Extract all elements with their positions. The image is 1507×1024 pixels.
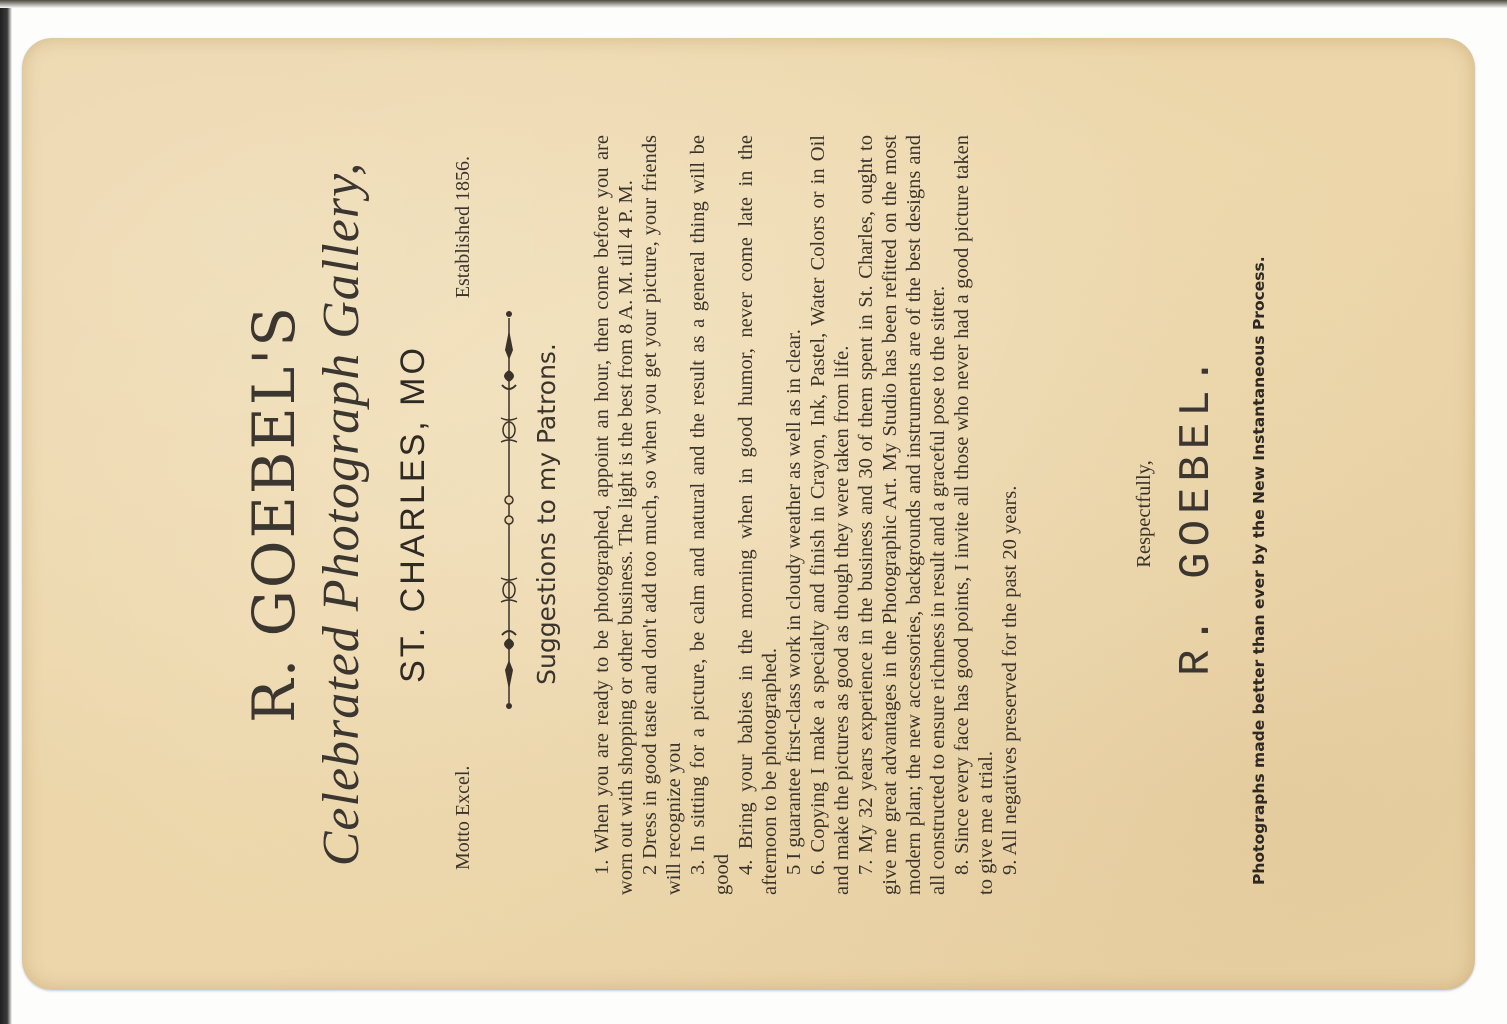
closing: Respectfully, <box>1133 38 1156 990</box>
cabinet-card-back: R. GOEBEL'S Celebrated Photograph Galler… <box>22 38 1475 990</box>
suggestion-item: 6. Copying I make a specialty and finish… <box>806 135 854 895</box>
suggestion-item: 7. My 32 years experience in the busines… <box>854 135 950 895</box>
suggestion-item: 3. In sitting for a picture, be calm and… <box>686 135 734 895</box>
footer-note: Photographs made better than ever by the… <box>1248 185 1270 885</box>
decorative-divider-icon <box>496 310 522 710</box>
suggestion-item: 9. All negatives preserved for the past … <box>998 135 1022 895</box>
suggestion-item: 2 Dress in good taste and don't add too … <box>638 135 686 895</box>
suggestion-item: 8. Since every face has good points, I i… <box>950 135 998 895</box>
suggestion-item: 4. Bring your babies in the morning when… <box>734 135 782 895</box>
suggestion-item: 1. When you are ready to be photographed… <box>590 135 638 895</box>
motto: Motto Excel. <box>452 766 475 870</box>
established: Established 1856. <box>452 156 475 298</box>
studio-city: ST. CHARLES, MO <box>394 38 433 990</box>
suggestion-item: 5 I guarantee first-class work in cloudy… <box>782 135 806 895</box>
suggestions-heading: Suggestions to my Patrons. <box>532 38 561 990</box>
studio-subtitle: Celebrated Photograph Gallery, <box>312 38 371 990</box>
card-content: R. GOEBEL'S Celebrated Photograph Galler… <box>22 38 1475 990</box>
studio-title: R. GOEBEL'S <box>240 38 308 990</box>
suggestions-list: 1. When you are ready to be photographed… <box>590 135 1022 895</box>
signature: R. GOEBEL. <box>1172 38 1222 990</box>
